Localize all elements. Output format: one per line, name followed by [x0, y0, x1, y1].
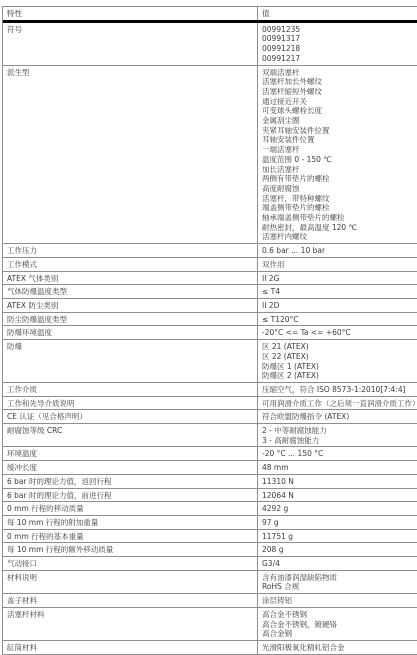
table-row: CE 认证（见合格声明）符合欧盟防爆指令 (ATEX)	[3, 410, 417, 424]
row-value-line: 高合金不锈钢	[262, 610, 414, 620]
row-value-line: 12064 N	[262, 491, 414, 501]
row-value-line: -20 °C ... 150 °C	[262, 449, 414, 459]
row-value-line: 3 - 高耐腐蚀能力	[262, 436, 414, 446]
row-value-line: 温度范围 0 - 150 ℃	[262, 155, 414, 165]
row-value: 双作用	[258, 258, 417, 271]
row-label: 耐腐蚀等级 CRC	[3, 424, 258, 446]
row-value-line: 夹紧耳轴安装件位置	[262, 126, 414, 136]
row-label: 派生型	[3, 66, 258, 244]
row-label: 6 bar 时的理论力值，前进行程	[3, 489, 258, 502]
row-value: 11310 N	[258, 475, 417, 488]
row-value-line: 压缩空气，符合 ISO 8573-1:2010[7:4:4]	[262, 385, 414, 395]
row-value-line: 含有油漆润湿缺陷物质	[262, 573, 414, 583]
row-value-line: II 2G	[262, 274, 414, 284]
table-row: 符号00991235009913170099121800991217	[3, 23, 417, 66]
row-label: 工作压力	[3, 244, 258, 257]
row-value-line: -20°C <= Ta <= +60°C	[262, 328, 414, 338]
row-value: ≤ T120°C	[258, 313, 417, 326]
row-value-line: RoHS 合规	[262, 582, 414, 592]
row-value-line: 高合金不锈钢，镀硬铬	[262, 620, 414, 630]
row-value-line: 涂层铸铝	[262, 596, 414, 606]
row-label: CE 认证（见合格声明）	[3, 410, 258, 423]
row-label: 气体防爆温度类型	[3, 285, 258, 298]
row-label: 环境温度	[3, 447, 258, 460]
row-value-line: 耳轴安装件位置	[262, 135, 414, 145]
row-value-line: 符合欧盟防爆指令 (ATEX)	[262, 412, 414, 422]
row-value-line: 活塞杆，带特种螺纹	[262, 194, 414, 204]
row-label: 防爆	[3, 340, 258, 382]
row-value: ≤ T4	[258, 285, 417, 298]
row-label: 盖子材料	[3, 594, 258, 607]
table-row: 防尘防爆温度类型≤ T120°C	[3, 313, 417, 327]
row-value-line: 活塞杆缩短外螺纹	[262, 87, 414, 97]
table-row: 防爆区 21 (ATEX)区 22 (ATEX)防爆区 1 (ATEX)防爆区 …	[3, 340, 417, 383]
row-value: -20°C <= Ta <= +60°C	[258, 326, 417, 339]
row-value-line: 两侧有带垫片的螺栓	[262, 174, 414, 184]
row-value: -20 °C ... 150 °C	[258, 447, 417, 460]
row-value-line: 208 g	[262, 545, 414, 555]
row-value-line: 活塞杆内螺纹	[262, 232, 414, 242]
table-row: 每 10 mm 行程的附加重量97 g	[3, 516, 417, 530]
table-row: 6 bar 时的理论力值，前进行程12064 N	[3, 489, 417, 503]
row-value-line: 00991218	[262, 44, 414, 54]
row-value-line: 00991317	[262, 34, 414, 44]
row-value-line: 端盖侧带垫片的螺栓	[262, 203, 414, 213]
row-value-line: 48 mm	[262, 463, 414, 473]
row-value-line: G3/4	[262, 559, 414, 569]
row-label: 符号	[3, 23, 258, 65]
row-label: 0 mm 行程的移动质量	[3, 502, 258, 515]
row-value: 压缩空气，符合 ISO 8573-1:2010[7:4:4]	[258, 383, 417, 396]
row-value-line: 高度耐腐蚀	[262, 184, 414, 194]
row-value: II 2G	[258, 272, 417, 285]
row-label: ATEX 防尘类别	[3, 299, 258, 312]
row-value-line: 2 - 中等耐腐蚀能力	[262, 426, 414, 436]
row-value-line: 11751 g	[262, 532, 414, 542]
table-row: 0 mm 行程的移动质量4292 g	[3, 502, 417, 516]
row-label: 缓冲长度	[3, 461, 258, 474]
row-label: 每 10 mm 行程的附加重量	[3, 516, 258, 529]
row-value-line: 00991217	[262, 54, 414, 64]
table-row: 盖子材料涂层铸铝	[3, 594, 417, 608]
spec-table: 特性 值 符号00991235009913170099121800991217派…	[2, 6, 417, 640]
row-value-line: 通过接近开关	[262, 97, 414, 107]
table-row: ATEX 防尘类别II 2D	[3, 299, 417, 313]
row-value: 双端活塞杆活塞杆加长外螺纹活塞杆缩短外螺纹通过接近开关可变球头螺栓长度金属刮尘圈…	[258, 66, 417, 244]
row-value-line: 耐热密封，最高温度 120 ℃	[262, 223, 414, 233]
row-value: 符合欧盟防爆指令 (ATEX)	[258, 410, 417, 423]
row-label: 防尘防爆温度类型	[3, 313, 258, 326]
row-value-line: 4292 g	[262, 504, 414, 514]
row-value: 97 g	[258, 516, 417, 529]
row-label: 防爆环境温度	[3, 326, 258, 339]
table-row: 缓冲长度48 mm	[3, 461, 417, 475]
row-value-line: 97 g	[262, 518, 414, 528]
row-value-line: II 2D	[262, 301, 414, 311]
row-value: 可用润滑介质工作（之后须一直润滑介质工作）	[258, 397, 417, 410]
row-value-line: 双作用	[262, 260, 414, 270]
table-row: 材料说明含有油漆润湿缺陷物质RoHS 合规	[3, 571, 417, 594]
row-value-line: 双端活塞杆	[262, 68, 414, 78]
row-value-line: 区 22 (ATEX)	[262, 352, 414, 362]
row-value: 4292 g	[258, 502, 417, 515]
row-value-line: 0.6 bar ... 10 bar	[262, 246, 414, 256]
row-value-line: 一端活塞杆	[262, 145, 414, 155]
table-row: 气动接口G3/4	[3, 557, 417, 571]
row-value-line: 轴承端盖侧带垫片的螺栓	[262, 213, 414, 223]
row-value-line: 高合金钢	[262, 629, 414, 639]
row-value: G3/4	[258, 557, 417, 570]
row-value-line: 加长活塞杆	[262, 165, 414, 175]
table-body: 符号00991235009913170099121800991217派生型双端活…	[3, 23, 417, 640]
row-label: 工作介质	[3, 383, 258, 396]
header-property: 特性	[3, 7, 258, 20]
row-label: 气动接口	[3, 557, 258, 570]
row-value-line: ≤ T120°C	[262, 315, 414, 325]
table-row: 每 10 mm 行程的额外移动质量208 g	[3, 543, 417, 557]
row-value: 0.6 bar ... 10 bar	[258, 244, 417, 257]
table-row: ATEX 气体类别II 2G	[3, 272, 417, 286]
row-label: 6 bar 时的理论力值，返回行程	[3, 475, 258, 488]
table-row: 工作介质压缩空气，符合 ISO 8573-1:2010[7:4:4]	[3, 383, 417, 397]
table-row: 派生型双端活塞杆活塞杆加长外螺纹活塞杆缩短外螺纹通过接近开关可变球头螺栓长度金属…	[3, 66, 417, 245]
row-value-line: 防爆区 1 (ATEX)	[262, 362, 414, 372]
row-label: ATEX 气体类别	[3, 272, 258, 285]
row-value: 48 mm	[258, 461, 417, 474]
table-row: 防爆环境温度-20°C <= Ta <= +60°C	[3, 326, 417, 340]
row-value: 2 - 中等耐腐蚀能力3 - 高耐腐蚀能力	[258, 424, 417, 446]
table-row: 活塞杆材料高合金不锈钢高合金不锈钢，镀硬铬高合金钢	[3, 608, 417, 640]
row-value-line: 金属刮尘圈	[262, 116, 414, 126]
row-value-line: 可用润滑介质工作（之后须一直润滑介质工作）	[262, 399, 414, 409]
row-value: 涂层铸铝	[258, 594, 417, 607]
row-value-line: 11310 N	[262, 477, 414, 487]
row-value-line: 可变球头螺栓长度	[262, 106, 414, 116]
row-label: 活塞杆材料	[3, 608, 258, 640]
row-label: 每 10 mm 行程的额外移动质量	[3, 543, 258, 556]
row-value-line: 防爆区 2 (ATEX)	[262, 371, 414, 381]
row-label: 0 mm 行程的基本重量	[3, 530, 258, 543]
table-row: 工作压力0.6 bar ... 10 bar	[3, 244, 417, 258]
row-value: 含有油漆润湿缺陷物质RoHS 合规	[258, 571, 417, 593]
row-value-line: 00991235	[262, 25, 414, 35]
table-row: 工作模式双作用	[3, 258, 417, 272]
table-row: 气体防爆温度类型≤ T4	[3, 285, 417, 299]
table-row: 0 mm 行程的基本重量11751 g	[3, 530, 417, 544]
row-value: 高合金不锈钢高合金不锈钢，镀硬铬高合金钢	[258, 608, 417, 640]
row-label: 工作模式	[3, 258, 258, 271]
row-value: 11751 g	[258, 530, 417, 543]
row-value: 区 21 (ATEX)区 22 (ATEX)防爆区 1 (ATEX)防爆区 2 …	[258, 340, 417, 382]
header-value: 值	[258, 7, 417, 20]
row-value-line: 区 21 (ATEX)	[262, 342, 414, 352]
row-value-line: ≤ T4	[262, 287, 414, 297]
row-value: 208 g	[258, 543, 417, 556]
row-label: 工作和先导介质说明	[3, 397, 258, 410]
row-value: II 2D	[258, 299, 417, 312]
row-value: 00991235009913170099121800991217	[258, 23, 417, 65]
row-label: 材料说明	[3, 571, 258, 593]
table-row: 耐腐蚀等级 CRC2 - 中等耐腐蚀能力3 - 高耐腐蚀能力	[3, 424, 417, 447]
row-value-line: 活塞杆加长外螺纹	[262, 77, 414, 87]
row-value: 12064 N	[258, 489, 417, 502]
table-row: 环境温度-20 °C ... 150 °C	[3, 447, 417, 461]
table-row: 工作和先导介质说明可用润滑介质工作（之后须一直润滑介质工作）	[3, 397, 417, 411]
table-row: 6 bar 时的理论力值，返回行程11310 N	[3, 475, 417, 489]
table-header-row: 特性 值	[3, 7, 417, 23]
